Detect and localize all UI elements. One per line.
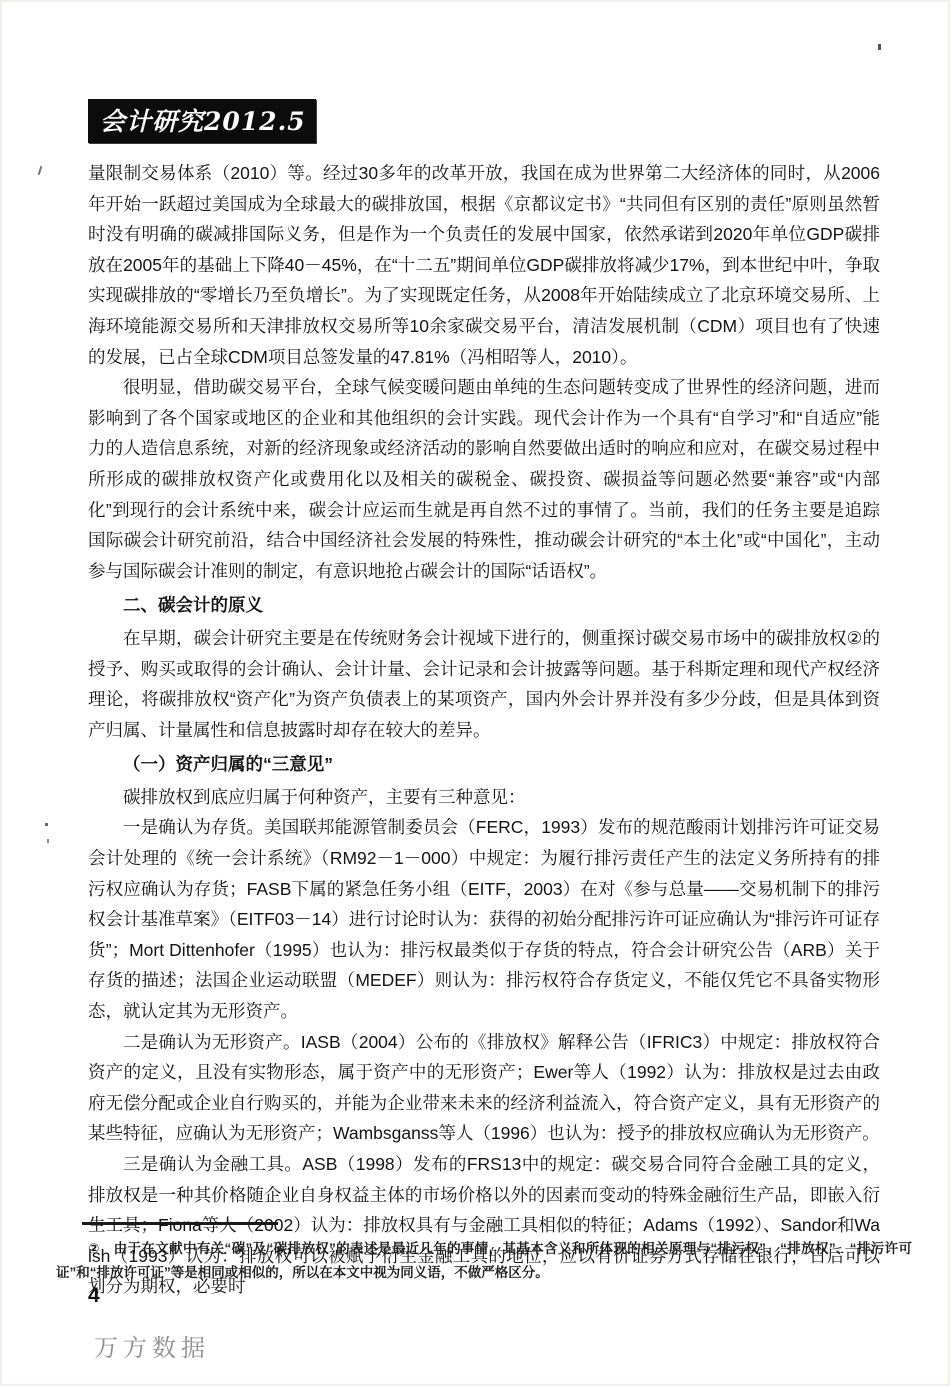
footnote: ② 由于在文献中有关“碳”及“碳排放权”的表述是最近几年的事情，其基本含义和所体… [56,1237,912,1285]
section-heading: 二、碳会计的原义 [88,590,880,621]
scan-artifact-speck [878,44,881,50]
journal-header-badge: 会计研究2012.5 [88,99,316,143]
paragraph: 在早期，碳会计研究主要是在传统财务会计视域下进行的，侧重探讨碳交易市场中的碳排放… [88,623,880,745]
scanned-journal-page: 会计研究2012.5 量限制交易体系（2010）等。经过30多年的改革开放，我国… [0,0,950,1386]
scan-artifact-speck [38,166,43,175]
paragraph-continuation: 量限制交易体系（2010）等。经过30多年的改革开放，我国在成为世界第二大经济体… [88,158,880,372]
page-number: 4 [88,1284,100,1308]
wanfang-data-watermark: 万方数据 [94,1328,210,1363]
article-body: 量限制交易体系（2010）等。经过30多年的改革开放，我国在成为世界第二大经济体… [88,158,880,1302]
paragraph: 碳排放权到底应归属于何种资产，主要有三种意见： [88,782,880,813]
scan-artifact-speck [45,823,48,826]
paragraph: 一是确认为存货。美国联邦能源管制委员会（FERC，1993）发布的规范酸雨计划排… [88,812,880,1026]
paragraph: 很明显，借助碳交易平台，全球气候变暖问题由单纯的生态问题转变成了世界性的经济问题… [88,372,880,586]
scan-artifact-speck [47,839,49,843]
paragraph: 二是确认为无形资产。IASB（2004）公布的《排放权》解释公告（IFRIC3）… [88,1027,880,1149]
footnote-separator-rule [82,1222,278,1225]
subsection-heading: （一）资产归属的“三意见” [88,749,880,780]
